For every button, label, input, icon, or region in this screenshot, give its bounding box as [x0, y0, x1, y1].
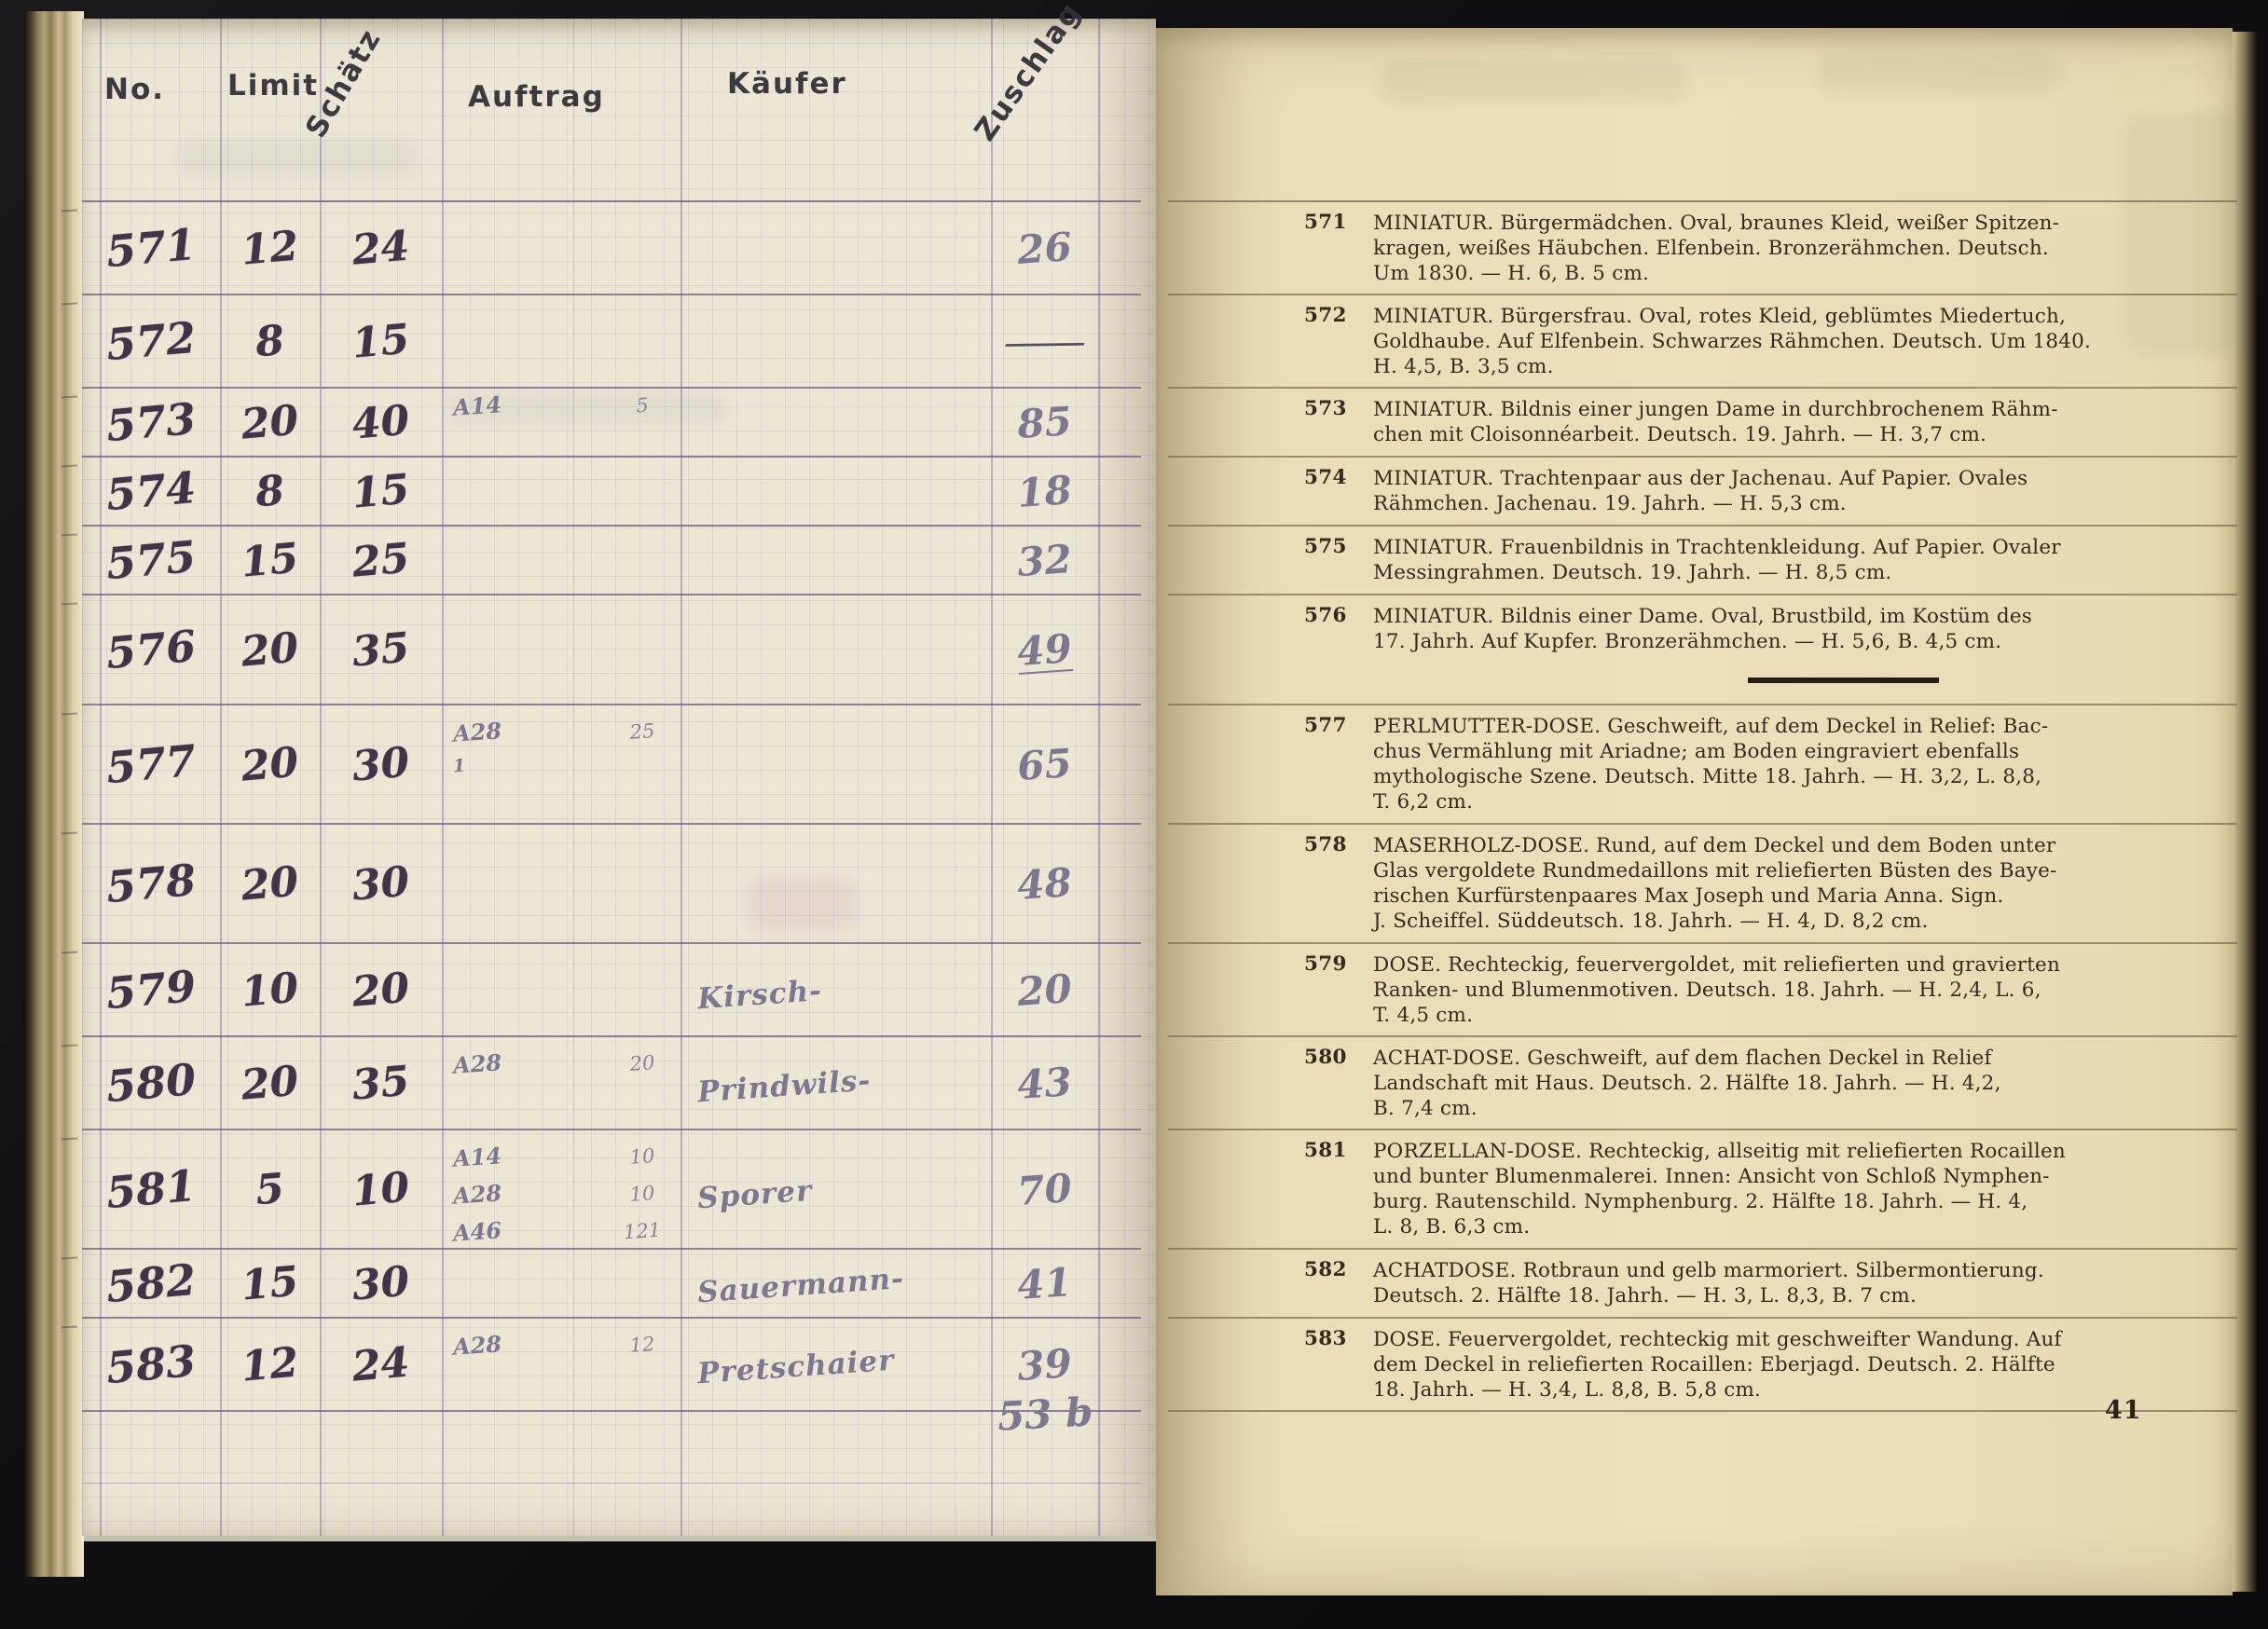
running-total: 53 b — [997, 1389, 1094, 1439]
catalog-entry-571: 571 MINIATUR. Bürgermädchen. Oval, braun… — [1168, 202, 2237, 295]
description-line: ACHATDOSE. Rotbraun und gelb marmoriert.… — [1373, 1258, 2147, 1283]
ledger-table: 571 12 24 26 572 8 15 — 573 20 40 A14 5 … — [82, 200, 1141, 1412]
order-line: A28 10 — [442, 1181, 680, 1214]
catalog-entry-580: 580 ACHAT-DOSE. Geschweift, auf dem flac… — [1168, 1037, 2237, 1130]
hammer-price: 49 — [987, 592, 1102, 707]
hammer-price: 18 — [989, 454, 1101, 528]
catalog-lot-number: 574 — [1304, 466, 1347, 489]
catalog-entry-583: 583 DOSE. Feuervergoldet, rechteckig mit… — [1168, 1319, 2237, 1412]
hammer-price: 65 — [987, 702, 1103, 827]
description-line: burg. Rautenschild. Nymphenburg. 2. Hälf… — [1373, 1189, 2147, 1214]
catalog-entry-572: 572 MINIATUR. Bürgersfrau. Oval, rotes K… — [1168, 295, 2237, 389]
description-line: 17. Jahrh. Auf Kupfer. Bronzerähmchen. —… — [1373, 629, 2147, 654]
order-line: A28 20 — [442, 1050, 680, 1084]
description-line: Ranken- und Blumenmotiven. Deutsch. 18. … — [1373, 978, 2147, 1003]
catalog-entry-582: 582 ACHATDOSE. Rotbraun und gelb marmori… — [1168, 1250, 2237, 1319]
order-amount: 12 — [613, 1332, 671, 1358]
limit-value: 20 — [215, 702, 325, 828]
book-gutter — [1146, 19, 1149, 1547]
description-line: ACHAT-DOSE. Geschweift, auf dem flachen … — [1373, 1046, 2147, 1071]
bleed-through-smudge — [1818, 52, 2060, 91]
description-line: Goldhaube. Auf Elfenbein. Schwarzes Rähm… — [1373, 329, 2147, 354]
description-line: MINIATUR. Bürgersfrau. Oval, rotes Kleid… — [1373, 304, 2147, 329]
catalog-description: MINIATUR. Bürgermädchen. Oval, braunes K… — [1373, 211, 2147, 286]
order-cell: A14 10 A28 10 A46 121 — [442, 1130, 680, 1257]
auction-ledger-spread: No. Limit Schätz Auftrag Käufer Zuschlag… — [0, 0, 2268, 1629]
bidder-code: 1 — [452, 756, 466, 777]
description-line: und bunter Blumenmalerei. Innen: Ansicht… — [1373, 1164, 2147, 1189]
estimate-value: 20 — [316, 938, 446, 1040]
order-line: A28 12 — [442, 1332, 680, 1365]
lot-number: 576 — [77, 590, 225, 709]
ledger-row-577: 577 20 30 A28 25 1 65 — [82, 705, 1141, 825]
description-line: 18. Jahrh. — H. 3,4, L. 8,8, B. 5,8 cm. — [1373, 1377, 2147, 1403]
catalog-lot-number: 583 — [1304, 1327, 1347, 1350]
section-divider — [1748, 678, 1939, 683]
bidder-code: A28 — [452, 1330, 502, 1361]
ledger-row-576: 576 20 35 49 — [82, 595, 1141, 705]
hammer-price: 85 — [989, 385, 1101, 459]
catalog-lot-number: 576 — [1304, 604, 1347, 627]
catalog-entry-576: 576 MINIATUR. Bildnis einer Dame. Oval, … — [1168, 595, 2237, 705]
catalog-lot-number: 571 — [1304, 211, 1347, 234]
catalog-lot-number: 582 — [1304, 1258, 1347, 1281]
page-number: 41 — [2105, 1396, 2142, 1425]
bidder-code: A14 — [452, 1142, 502, 1172]
catalog-entry-list: 571 MINIATUR. Bürgermädchen. Oval, braun… — [1168, 200, 2237, 1412]
hammer-price: 32 — [989, 523, 1101, 597]
hammer-price: 20 — [988, 940, 1102, 1039]
description-line: Messingrahmen. Deutsch. 19. Jahrh. — H. … — [1373, 560, 2147, 585]
estimate-value: 30 — [315, 820, 447, 948]
lot-number: 572 — [78, 290, 224, 393]
order-amount: 121 — [613, 1218, 671, 1244]
catalog-lot-number: 579 — [1304, 952, 1347, 976]
catalog-entry-578: 578 MASERHOLZ-DOSE. Rund, auf dem Deckel… — [1168, 825, 2237, 944]
order-amount: 25 — [613, 719, 671, 745]
order-amount: 10 — [613, 1143, 671, 1170]
lot-number: 577 — [77, 700, 225, 828]
estimate-value: 15 — [317, 452, 445, 529]
catalog-entry-575: 575 MINIATUR. Frauenbildnis in Trachtenk… — [1168, 527, 2237, 595]
description-line: MINIATUR. Bildnis einer jungen Dame in d… — [1373, 397, 2147, 422]
description-line: MINIATUR. Frauenbildnis in Trachtenkleid… — [1373, 535, 2147, 560]
description-line: DOSE. Feuervergoldet, rechteckig mit ges… — [1373, 1327, 2147, 1352]
catalog-lot-number: 581 — [1304, 1139, 1347, 1162]
buyer-name: Sporer — [677, 1120, 995, 1259]
description-line: dem Deckel in reliefierten Rocaillen: Eb… — [1373, 1352, 2147, 1377]
catalog-lot-number: 578 — [1304, 833, 1347, 856]
order-cell: A28 20 — [442, 1037, 680, 1138]
limit-value: 20 — [215, 821, 325, 947]
ledger-row-575: 575 15 25 32 — [82, 527, 1141, 595]
catalog-description: MASERHOLZ-DOSE. Rund, auf dem Deckel und… — [1373, 833, 2147, 934]
catalog-description: MINIATUR. Frauenbildnis in Trachtenkleid… — [1373, 535, 2147, 585]
catalog-entry-577: 577 PERLMUTTER-DOSE. Geschweift, auf dem… — [1168, 705, 2237, 825]
lot-number: 582 — [79, 1244, 223, 1323]
description-line: H. 4,5, B. 3,5 cm. — [1373, 354, 2147, 379]
description-line: Landschaft mit Haus. Deutsch. 2. Hälfte … — [1373, 1071, 2147, 1096]
description-line: Um 1830. — H. 6, B. 5 cm. — [1373, 261, 2147, 286]
limit-value: 15 — [217, 522, 323, 597]
bidder-code: A28 — [452, 1179, 502, 1210]
description-line: MASERHOLZ-DOSE. Rund, auf dem Deckel und… — [1373, 833, 2147, 858]
catalog-description: ACHATDOSE. Rotbraun und gelb marmoriert.… — [1373, 1258, 2147, 1308]
catalog-description: PERLMUTTER-DOSE. Geschweift, auf dem Dec… — [1373, 714, 2147, 814]
order-line: A14 5 — [442, 392, 680, 426]
description-line: kragen, weißes Häubchen. Elfenbein. Bron… — [1373, 236, 2147, 261]
bleed-through-smudge — [177, 140, 419, 177]
order-line: A14 10 — [442, 1143, 680, 1177]
limit-value: 20 — [216, 1034, 323, 1133]
header-auftrag: Auftrag — [468, 80, 605, 114]
bleed-through-smudge — [1380, 60, 1687, 103]
estimate-value: 10 — [315, 1126, 447, 1253]
header-kaeufer: Käufer — [727, 67, 847, 101]
ledger-row-571: 571 12 24 26 — [82, 202, 1141, 295]
description-line: Deutsch. 2. Hälfte 18. Jahrh. — H. 3, L.… — [1373, 1283, 2147, 1308]
catalog-description: MINIATUR. Trachtenpaar aus der Jachenau.… — [1373, 466, 2147, 516]
hammer-price: 48 — [987, 821, 1103, 946]
ledger-row-574: 574 8 15 18 — [82, 458, 1141, 527]
hammer-price: 70 — [987, 1127, 1103, 1252]
description-line: MINIATUR. Bürgermädchen. Oval, braunes K… — [1373, 211, 2147, 236]
order-amount: 20 — [613, 1050, 671, 1076]
catalog-entry-573: 573 MINIATUR. Bildnis einer jungen Dame … — [1168, 389, 2237, 458]
no-sale-mark: — — [923, 294, 1165, 389]
hammer-price: 41 — [989, 1246, 1101, 1321]
description-line: rischen Kurfürstenpaares Max Joseph und … — [1373, 883, 2147, 909]
ledger-row-579: 579 10 20 Kirsch- 20 — [82, 944, 1141, 1037]
catalog-entry-574: 574 MINIATUR. Trachtenpaar aus der Jache… — [1168, 458, 2237, 527]
order-cell: A14 5 — [442, 389, 680, 456]
hammer-price: 26 — [988, 198, 1102, 297]
order-amount: 5 — [613, 392, 671, 418]
catalog-lot-number: 580 — [1304, 1046, 1347, 1069]
limit-value: 5 — [215, 1127, 325, 1253]
description-line: T. 6,2 cm. — [1373, 789, 2147, 814]
description-line: PERLMUTTER-DOSE. Geschweift, auf dem Dec… — [1373, 714, 2147, 739]
header-limit: Limit — [227, 69, 319, 103]
description-line: chus Vermählung mit Ariadne; am Boden ei… — [1373, 739, 2147, 764]
header-no: No. — [104, 73, 165, 106]
order-line: A28 25 — [442, 719, 680, 752]
description-line: chen mit Cloisonnéarbeit. Deutsch. 19. J… — [1373, 422, 2147, 447]
lot-number: 573 — [79, 383, 223, 462]
catalog-description: MINIATUR. Bildnis einer jungen Dame in d… — [1373, 397, 2147, 447]
catalog-lot-number: 577 — [1304, 714, 1347, 737]
limit-value: 8 — [217, 453, 323, 528]
lot-number: 575 — [79, 521, 223, 600]
ledger-row-578: 578 20 30 48 — [82, 825, 1141, 944]
estimate-value: 30 — [315, 701, 447, 828]
estimate-value: 40 — [317, 383, 445, 460]
description-line: L. 8, B. 6,3 cm. — [1373, 1214, 2147, 1239]
order-line: A46 121 — [442, 1218, 680, 1252]
catalog-description: PORZELLAN-DOSE. Rechteckig, allseitig mi… — [1373, 1139, 2147, 1239]
ledger-row-580: 580 20 35 A28 20 Prindwils- 43 — [82, 1037, 1141, 1130]
bidder-code: A28 — [452, 717, 502, 747]
lot-number: 581 — [77, 1125, 225, 1253]
description-line: DOSE. Rechteckig, feuervergoldet, mit re… — [1373, 952, 2147, 978]
catalog-description: DOSE. Feuervergoldet, rechteckig mit ges… — [1373, 1327, 2147, 1403]
catalog-description: MINIATUR. Bürgersfrau. Oval, rotes Kleid… — [1373, 304, 2147, 379]
estimate-value: 35 — [315, 591, 447, 709]
lot-number: 579 — [78, 938, 224, 1042]
lot-number: 574 — [79, 452, 223, 531]
limit-value: 12 — [216, 198, 323, 298]
catalog-description: MINIATUR. Bildnis einer Dame. Oval, Brus… — [1373, 604, 2147, 654]
order-line: 1 — [442, 756, 680, 789]
description-line: MINIATUR. Bildnis einer Dame. Oval, Brus… — [1373, 604, 2147, 629]
description-line: J. Scheiffel. Süddeutsch. 18. Jahrh. — H… — [1373, 909, 2147, 934]
estimate-value: 15 — [316, 290, 446, 391]
estimate-value: 25 — [317, 521, 445, 598]
lot-number: 580 — [78, 1032, 224, 1135]
catalog-lot-number: 572 — [1304, 304, 1347, 327]
ledger-row-572: 572 8 15 — — [82, 295, 1141, 389]
estimate-value: 24 — [316, 197, 446, 298]
order-cell: A28 25 1 — [442, 705, 680, 832]
lot-number: 578 — [77, 819, 225, 948]
limit-value: 8 — [216, 292, 323, 391]
description-line: Glas vergoldete Rundmedaillons mit relie… — [1373, 858, 2147, 883]
bidder-code: A28 — [452, 1048, 502, 1079]
ledger-row-573: 573 20 40 A14 5 85 — [82, 389, 1141, 458]
hammer-price: 43 — [988, 1034, 1102, 1132]
limit-value: 15 — [217, 1245, 323, 1321]
catalog-entry-581: 581 PORZELLAN-DOSE. Rechteckig, allseiti… — [1168, 1130, 2237, 1250]
catalog-entry-579: 579 DOSE. Rechteckig, feuervergoldet, mi… — [1168, 944, 2237, 1037]
description-line: mythologische Szene. Deutsch. Mitte 18. … — [1373, 764, 2147, 789]
description-line: T. 4,5 cm. — [1373, 1003, 2147, 1028]
limit-value: 20 — [217, 384, 323, 459]
catalog-description: ACHAT-DOSE. Geschweift, auf dem flachen … — [1373, 1046, 2147, 1121]
catalog-lot-number: 573 — [1304, 397, 1347, 420]
description-line: B. 7,4 cm. — [1373, 1096, 2147, 1121]
order-amount: 10 — [613, 1181, 671, 1207]
bidder-code: A14 — [452, 390, 502, 421]
ledger-footer: 53 b — [82, 1386, 1141, 1533]
bidder-code: A46 — [452, 1216, 502, 1247]
ledger-row-581: 581 5 10 A14 10 A28 10 A46 121 Sporer 70 — [82, 1130, 1141, 1250]
description-line: Rähmchen. Jachenau. 19. Jahrh. — H. 5,3 … — [1373, 491, 2147, 516]
estimate-value: 35 — [316, 1032, 446, 1133]
limit-value: 20 — [215, 592, 324, 708]
limit-value: 10 — [216, 940, 323, 1040]
lot-number: 571 — [78, 197, 224, 300]
catalog-description: DOSE. Rechteckig, feuervergoldet, mit re… — [1373, 952, 2147, 1028]
estimate-value: 30 — [317, 1244, 445, 1321]
description-line: MINIATUR. Trachtenpaar aus der Jachenau.… — [1373, 466, 2147, 491]
page-stack-edge — [24, 11, 84, 1577]
catalog-lot-number: 575 — [1304, 535, 1347, 558]
description-line: PORZELLAN-DOSE. Rechteckig, allseitig mi… — [1373, 1139, 2147, 1164]
